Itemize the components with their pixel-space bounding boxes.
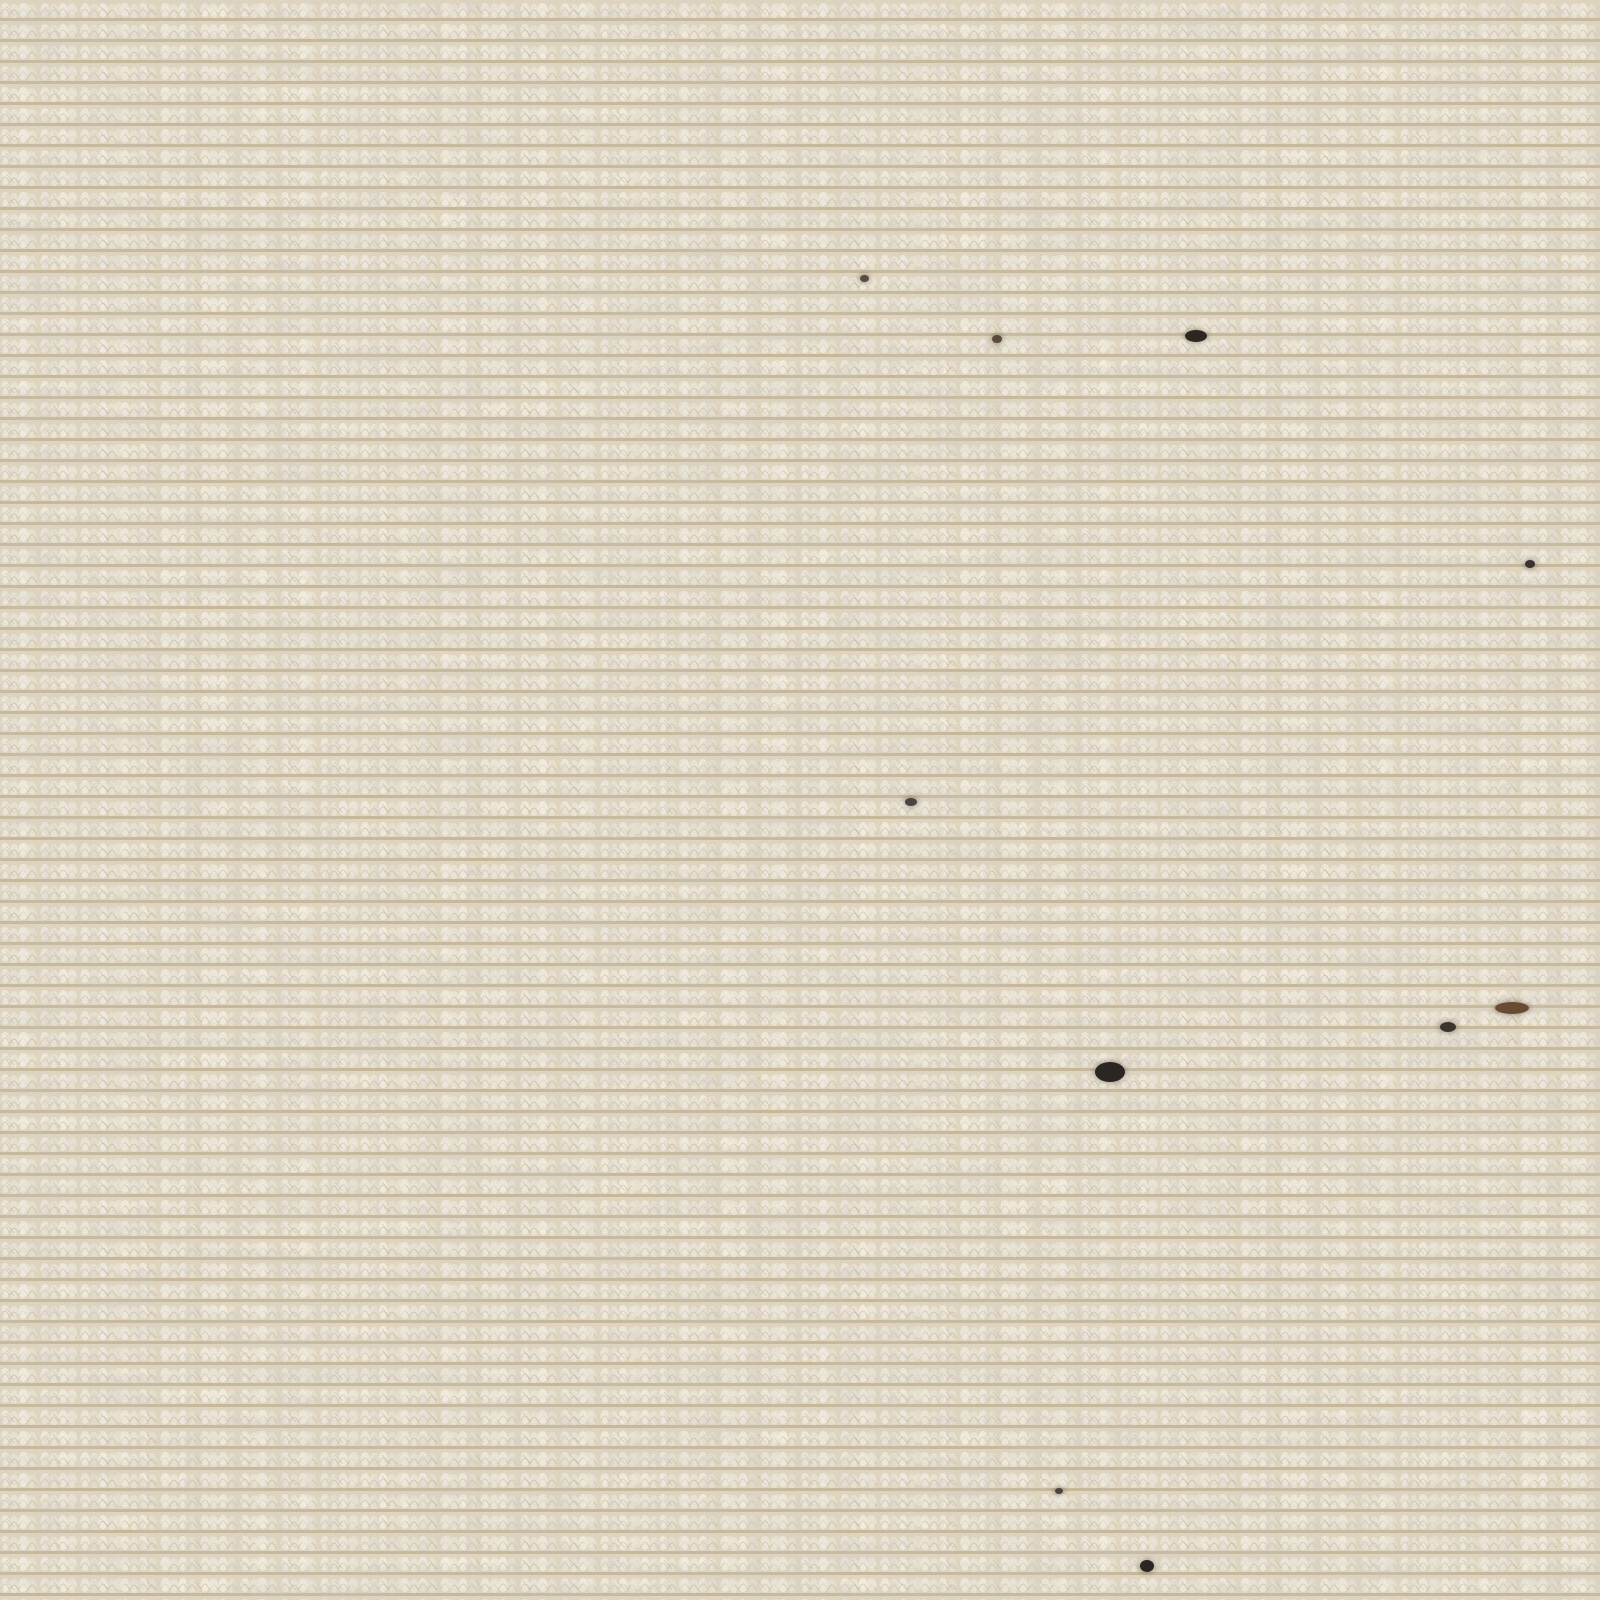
- loop-pile-pattern: [0, 0, 1600, 1600]
- dark-fiber-fleck: [1440, 1022, 1456, 1032]
- dark-fiber-fleck: [1495, 1002, 1529, 1014]
- dark-fiber-fleck: [1095, 1062, 1125, 1082]
- dark-fiber-fleck: [992, 335, 1002, 343]
- dark-fiber-fleck: [1185, 330, 1207, 342]
- wool-rug-texture: Close-up of a natural wool loop-pile rug…: [0, 0, 1600, 1600]
- dark-fiber-fleck: [1140, 1560, 1154, 1572]
- dark-fiber-fleck: [1055, 1488, 1063, 1494]
- dark-fiber-fleck: [905, 798, 917, 806]
- dark-fiber-fleck: [860, 275, 869, 282]
- dark-fiber-fleck: [1525, 560, 1535, 568]
